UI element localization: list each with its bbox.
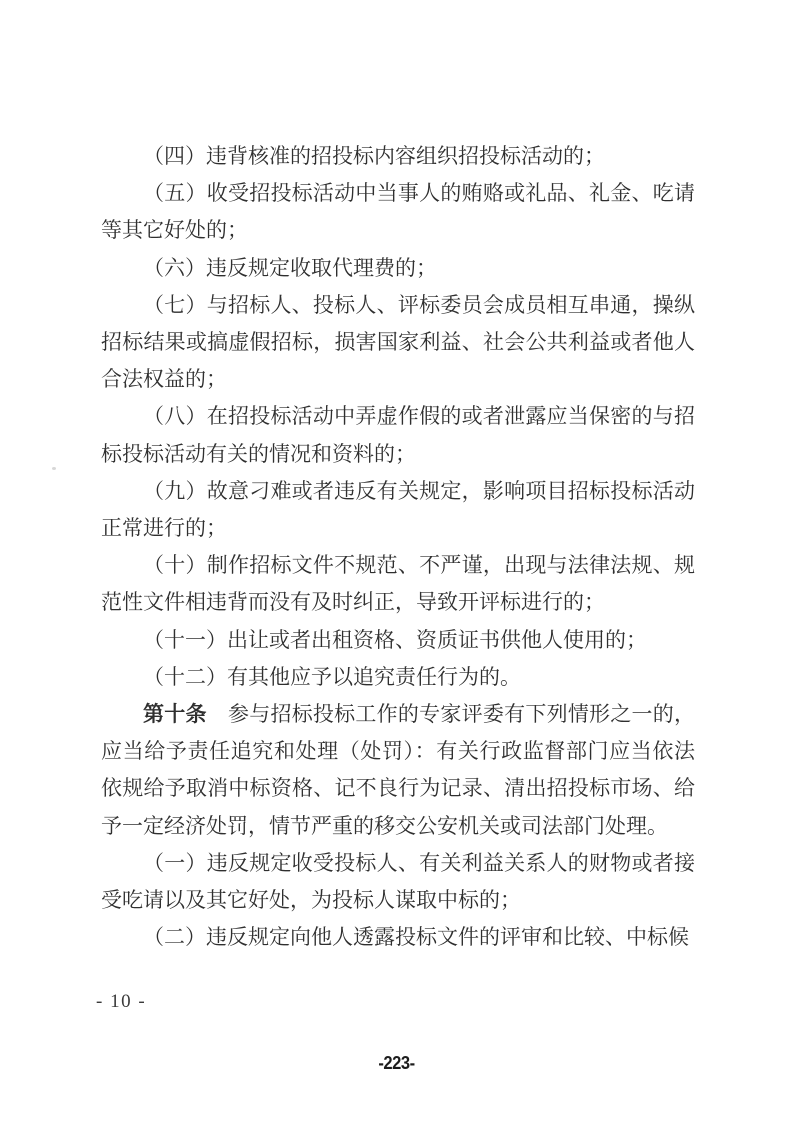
scan-artifact <box>52 467 56 470</box>
page-number-inner: - 10 - <box>96 991 146 1013</box>
paragraph-item-8: （八）在招投标活动中弄虚作假的或者泄露应当保密的与招标投标活动有关的情况和资料的… <box>101 398 695 472</box>
paragraph-item-9: （九）故意刁难或者违反有关规定，影响项目招标投标活动正常进行的； <box>101 473 695 547</box>
document-body: （四）违背核准的招投标内容组织招投标活动的； （五）收受招投标活动中当事人的贿赂… <box>101 138 695 956</box>
page-number-outer: -223- <box>32 1053 762 1074</box>
paragraph-article-10: 第十条 参与招标投标工作的专家评委有下列情形之一的，应当给予责任追究和处理（处罚… <box>101 696 695 845</box>
paragraph-item-4: （四）违背核准的招投标内容组织招投标活动的； <box>101 138 695 175</box>
paragraph-item-2: （二）违反规定向他人透露投标文件的评审和比较、中标候 <box>101 919 695 956</box>
paragraph-item-10: （十）制作招标文件不规范、不严谨，出现与法律法规、规范性文件相违背而没有及时纠正… <box>101 547 695 621</box>
document-page: （四）违背核准的招投标内容组织招投标活动的； （五）收受招投标活动中当事人的贿赂… <box>0 0 793 1122</box>
paragraph-item-1: （一）违反规定收受投标人、有关利益关系人的财物或者接受吃请以及其它好处，为投标人… <box>101 845 695 919</box>
paragraph-item-11: （十一）出让或者出租资格、资质证书供他人使用的； <box>101 622 695 659</box>
paragraph-item-7: （七）与招标人、投标人、评标委员会成员相互串通，操纵招标结果或搞虚假招标，损害国… <box>101 287 695 399</box>
paragraph-item-12: （十二）有其他应予以追究责任行为的。 <box>101 659 695 696</box>
article-number: 第十条 <box>143 702 207 726</box>
paragraph-item-6: （六）违反规定收取代理费的； <box>101 250 695 287</box>
paragraph-item-5: （五）收受招投标活动中当事人的贿赂或礼品、礼金、吃请等其它好处的； <box>101 175 695 249</box>
